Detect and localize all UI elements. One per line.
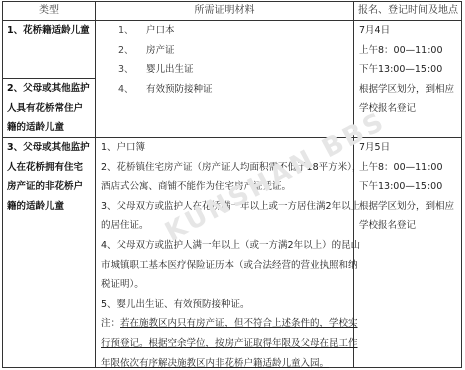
schedule-morning: 上午8：00—11:00 [359, 41, 462, 61]
material-item: 4、有效预防接种证 [96, 80, 353, 100]
type-cell-3: 3、父母或其他监护 人在花桥拥有住宅 房产证的非花桥户 籍的适龄儿童 [7, 138, 95, 216]
materials-cell-group1: 1、户口本 2、房产证 3、婴儿出生证 4、有效预防接种证 [96, 21, 353, 99]
note-prefix: 注： [101, 318, 120, 329]
material-line: 5、婴儿出生证、有效预防接种证。 [101, 295, 353, 315]
schedule-location: 根据学区划分，到相应 [359, 80, 462, 100]
type-line: 房产证的非花桥户 [7, 177, 95, 197]
header-type: 类型 [3, 2, 95, 20]
type-line: 2、父母或其他监护 [7, 79, 95, 99]
material-line: 2、花桥镇住宅房产证（房产证人均面积需不低于18平方米）， [101, 158, 353, 178]
material-line: 市城镇职工基本医疗保险证历本（或合法经营的营业执照和纳 [101, 256, 353, 276]
item-text: 房产证 [146, 45, 175, 56]
item-text: 婴儿出生证 [146, 64, 194, 75]
schedule-location: 学校报名登记 [359, 216, 462, 236]
material-line: 税证明）。 [101, 275, 353, 295]
item-number: 1、 [96, 21, 146, 41]
type-line: 3、父母或其他监护 [7, 138, 95, 158]
material-line: 1、户口簿 [101, 138, 353, 158]
schedule-cell-row3: 7月5日 上午8：00—11:00 下午13:00—15:00 根据学区划分，到… [359, 138, 462, 236]
type-cell-2: 2、父母或其他监护 人具有花桥常住户 籍的适龄儿童 [7, 79, 95, 138]
header-materials: 所需证明材料 [96, 2, 353, 20]
schedule-cell-group1: 7月4日 上午8：00—11:00 下午13:00—15:00 根据学区划分，到… [359, 21, 462, 119]
registration-table: 类型 所需证明材料 报名、登记时间及地点 1、花桥籍适龄儿童 2、父母或其他监护… [2, 1, 462, 368]
type-line: 籍的适龄儿童 [7, 118, 95, 138]
schedule-location: 根据学区划分，到相应 [359, 197, 462, 217]
schedule-date: 7月5日 [359, 138, 462, 158]
header-time-place: 报名、登记时间及地点 [354, 2, 462, 20]
schedule-afternoon: 下午13:00—15:00 [359, 177, 462, 197]
schedule-afternoon: 下午13:00—15:00 [359, 60, 462, 80]
item-number: 4、 [96, 80, 146, 100]
material-item: 2、房产证 [96, 41, 353, 61]
materials-cell-row3: 1、户口簿 2、花桥镇住宅房产证（房产证人均面积需不低于18平方米）， 酒店式公… [101, 138, 353, 370]
note-text: 若在施教区内只有房产证，但不符合上述条件的，学校实 [120, 318, 358, 329]
column-divider [353, 2, 354, 367]
type-line: 人具有花桥常住户 [7, 99, 95, 119]
type-line: 1、花桥籍适龄儿童 [7, 21, 95, 41]
schedule-date: 7月4日 [359, 21, 462, 41]
note-text: 年限依次有序解决施教区内非花桥户籍适龄儿童入园。 [101, 354, 353, 370]
material-line: 3、父母双方或监护人在花桥满一年以上或一方居住满2年以上 [101, 197, 353, 217]
note-line: 注：若在施教区内只有房产证，但不符合上述条件的，学校实 [101, 314, 353, 334]
item-number: 2、 [96, 41, 146, 61]
material-line: 4、父母双方或监护人满一年以上（或一方满2年以上）的昆山 [101, 236, 353, 256]
type-line: 人在花桥拥有住宅 [7, 158, 95, 178]
type-line: 籍的适龄儿童 [7, 197, 95, 217]
material-line: 的居住证。 [101, 216, 353, 236]
item-text: 有效预防接种证 [146, 84, 213, 95]
material-line: 酒店式公寓、商铺不能作为住宅房产证凭证。 [101, 177, 353, 197]
note-text: 行预登记。根据空余学位，按房产证取得年限及父母在昆工作 [101, 334, 353, 354]
schedule-morning: 上午8：00—11:00 [359, 158, 462, 178]
item-number: 3、 [96, 60, 146, 80]
item-text: 户口本 [146, 25, 175, 36]
material-item: 3、婴儿出生证 [96, 60, 353, 80]
material-item: 1、户口本 [96, 21, 353, 41]
type-cell-1: 1、花桥籍适龄儿童 [7, 21, 95, 41]
schedule-location: 学校报名登记 [359, 99, 462, 119]
